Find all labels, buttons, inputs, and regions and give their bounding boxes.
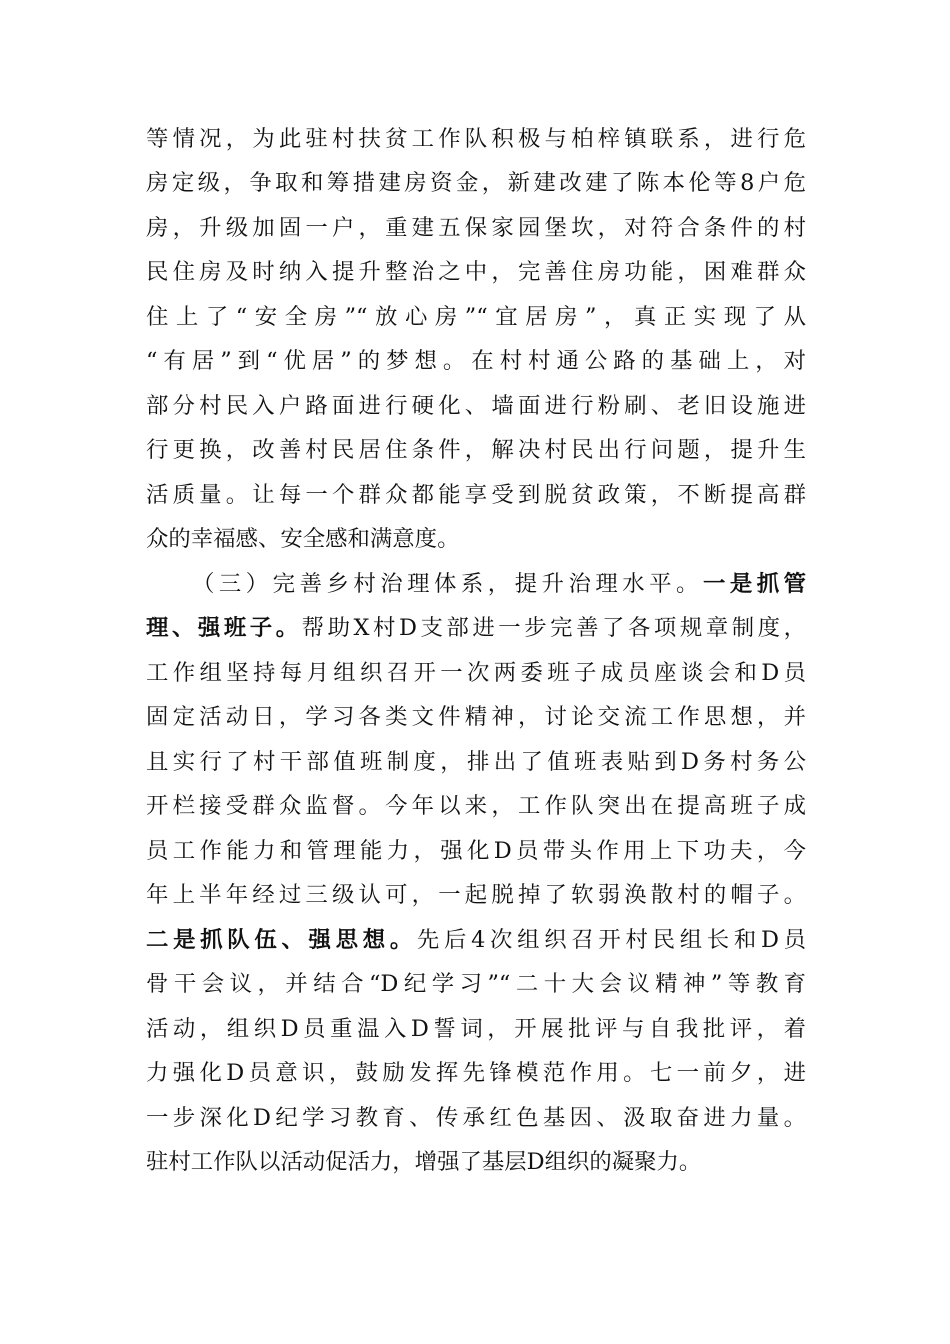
text-segment: 民住房及时纳入提升整治之中，完善住房功能，困难群众 bbox=[146, 259, 806, 285]
text-segment: 帮助X村D支部进一步完善了各项规章制度， bbox=[302, 615, 806, 641]
text-segment: 驻村工作队以活动促活力，增强了基层D组织的凝聚力。 bbox=[146, 1149, 701, 1175]
text-line: 等情况，为此驻村扶贫工作队积极与柏梓镇联系，进行危 bbox=[146, 124, 806, 154]
text-segment: 活质量。让每一个群众都能享受到脱贫政策，不断提高群 bbox=[146, 482, 806, 508]
bold-lead-text: 一是抓管 bbox=[703, 571, 806, 597]
text-line: 开栏接受群众监督。今年以来，工作队突出在提高班子成 bbox=[146, 791, 806, 821]
text-line: 驻村工作队以活动促活力，增强了基层D组织的凝聚力。 bbox=[146, 1147, 806, 1177]
text-line: 员工作能力和管理能力，强化D员带头作用上下功夫，今 bbox=[146, 836, 806, 866]
text-segment: 工作组坚持每月组织召开一次两委班子成员座谈会和D员 bbox=[146, 660, 806, 686]
text-line: 工作组坚持每月组织召开一次两委班子成员座谈会和D员 bbox=[146, 658, 806, 688]
text-segment: 行更换，改善村民居住条件，解决村民出行问题，提升生 bbox=[146, 437, 806, 463]
bold-lead-text: 二是抓队伍、强思想。 bbox=[146, 927, 417, 953]
text-line: 力强化D员意识，鼓励发挥先锋模范作用。七一前夕，进 bbox=[146, 1058, 806, 1088]
text-line: 民住房及时纳入提升整治之中，完善住房功能，困难群众 bbox=[146, 257, 806, 287]
text-segment: “有居”到“优居”的梦想。在村村通公路的基础上，对 bbox=[146, 348, 806, 374]
text-segment: 住上了“安全房”“放心房”“宜居房”，真正实现了从 bbox=[146, 304, 806, 330]
section-heading: （三）完善乡村治理体系，提升治理水平。 bbox=[192, 571, 703, 597]
text-line: 活动，组织D员重温入D誓词，开展批评与自我批评，着 bbox=[146, 1014, 806, 1044]
text-segment: 一步深化D纪学习教育、传承红色基因、汲取奋进力量。 bbox=[146, 1105, 806, 1131]
text-segment: 固定活动日，学习各类文件精神，讨论交流工作思想，并 bbox=[146, 704, 806, 730]
text-line: 众的幸福感、安全感和满意度。 bbox=[146, 524, 806, 554]
text-segment: 力强化D员意识，鼓励发挥先锋模范作用。七一前夕，进 bbox=[146, 1060, 806, 1086]
text-segment: 且实行了村干部值班制度，排出了值班表贴到D务村务公 bbox=[146, 749, 806, 775]
text-segment: 等情况，为此驻村扶贫工作队积极与柏梓镇联系，进行危 bbox=[146, 126, 806, 152]
document-page: 等情况，为此驻村扶贫工作队积极与柏梓镇联系，进行危 房定级，争取和筹措建房资金，… bbox=[0, 0, 950, 1344]
text-segment: 先后4次组织召开村民组长和D员 bbox=[417, 927, 806, 953]
text-segment: 房定级，争取和筹措建房资金，新建改建了陈本伦等8户危 bbox=[146, 170, 806, 196]
bold-lead-text: 理、强班子。 bbox=[146, 615, 302, 641]
section-heading-line: （三）完善乡村治理体系，提升治理水平。一是抓管 bbox=[192, 569, 806, 599]
text-line: 一步深化D纪学习教育、传承红色基因、汲取奋进力量。 bbox=[146, 1103, 806, 1133]
text-line: 活质量。让每一个群众都能享受到脱贫政策，不断提高群 bbox=[146, 480, 806, 510]
text-line: 部分村民入户路面进行硬化、墙面进行粉刷、老旧设施进 bbox=[146, 391, 806, 421]
text-line: 住上了“安全房”“放心房”“宜居房”，真正实现了从 bbox=[146, 302, 806, 332]
text-segment: 员工作能力和管理能力，强化D员带头作用上下功夫，今 bbox=[146, 838, 806, 864]
text-segment: 众的幸福感、安全感和满意度。 bbox=[146, 526, 459, 552]
text-line: 理、强班子。帮助X村D支部进一步完善了各项规章制度， bbox=[146, 613, 806, 643]
text-line: 年上半年经过三级认可，一起脱掉了软弱涣散村的帽子。 bbox=[146, 880, 806, 910]
text-line: 二是抓队伍、强思想。先后4次组织召开村民组长和D员 bbox=[146, 925, 806, 955]
text-line: 房，升级加固一户，重建五保家园堡坎，对符合条件的村 bbox=[146, 213, 806, 243]
text-line: 且实行了村干部值班制度，排出了值班表贴到D务村务公 bbox=[146, 747, 806, 777]
text-segment: 开栏接受群众监督。今年以来，工作队突出在提高班子成 bbox=[146, 793, 806, 819]
text-line: “有居”到“优居”的梦想。在村村通公路的基础上，对 bbox=[146, 346, 806, 376]
text-segment: 骨干会议，并结合“D纪学习”“二十大会议精神”等教育 bbox=[146, 971, 806, 997]
text-line: 行更换，改善村民居住条件，解决村民出行问题，提升生 bbox=[146, 435, 806, 465]
text-line: 骨干会议，并结合“D纪学习”“二十大会议精神”等教育 bbox=[146, 969, 806, 999]
text-segment: 年上半年经过三级认可，一起脱掉了软弱涣散村的帽子。 bbox=[146, 882, 806, 908]
text-segment: 部分村民入户路面进行硬化、墙面进行粉刷、老旧设施进 bbox=[146, 393, 806, 419]
text-line: 固定活动日，学习各类文件精神，讨论交流工作思想，并 bbox=[146, 702, 806, 732]
text-segment: 房，升级加固一户，重建五保家园堡坎，对符合条件的村 bbox=[146, 215, 806, 241]
text-segment: 活动，组织D员重温入D誓词，开展批评与自我批评，着 bbox=[146, 1016, 806, 1042]
text-line: 房定级，争取和筹措建房资金，新建改建了陈本伦等8户危 bbox=[146, 168, 806, 198]
